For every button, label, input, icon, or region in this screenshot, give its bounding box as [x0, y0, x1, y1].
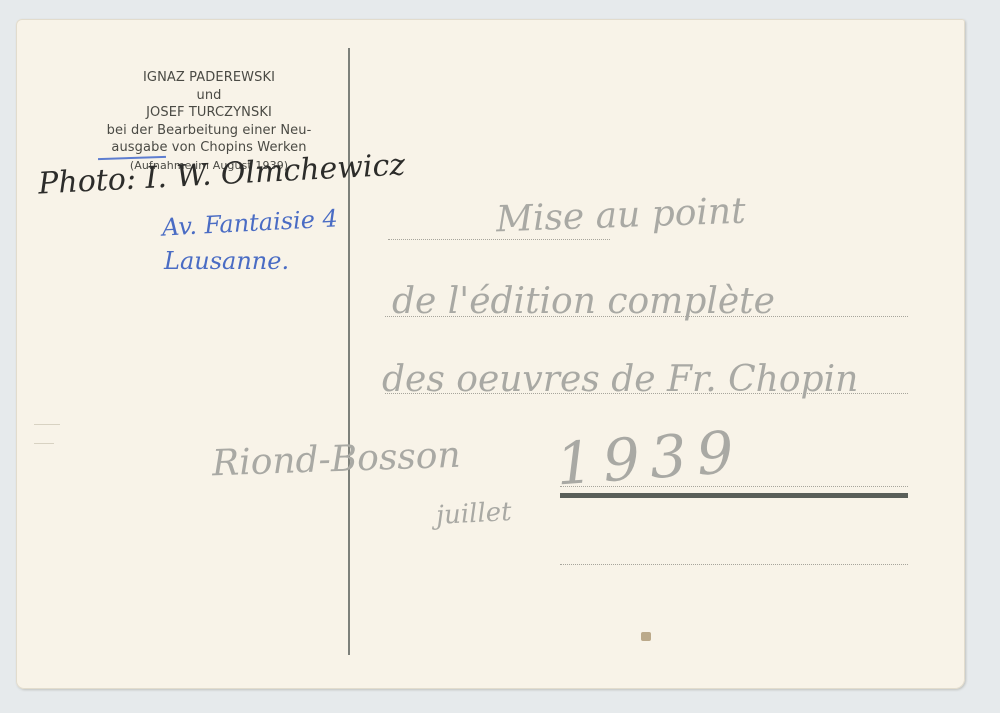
margin-mark [34, 424, 60, 425]
caption-name-turczynski: JOSEF TURCZYNSKI [64, 104, 354, 122]
handwritten-address-street: Av. Fantaisie 4 [161, 204, 338, 241]
caption-description-1: bei der Bearbeitung einer Neu- [64, 122, 354, 140]
margin-mark [34, 443, 54, 444]
pencil-place: Riond-Bosson [211, 435, 461, 485]
handwritten-address-city: Lausanne. [164, 247, 289, 275]
postcard: IGNAZ PADEREWSKI und JOSEF TURCZYNSKI be… [16, 19, 965, 689]
pencil-line-3: des oeuvres de Fr. Chopin [382, 359, 858, 400]
pencil-month: juillet [435, 497, 512, 531]
pencil-line-2: de l'édition complète [392, 281, 775, 322]
address-line-5 [560, 564, 908, 565]
pencil-line-1: Mise au point [495, 191, 746, 241]
pencil-year: 1939 [554, 418, 746, 499]
vertical-divider [348, 48, 350, 655]
caption-und: und [64, 87, 354, 105]
paper-stain [641, 632, 651, 641]
caption-name-paderewski: IGNAZ PADEREWSKI [64, 69, 354, 87]
